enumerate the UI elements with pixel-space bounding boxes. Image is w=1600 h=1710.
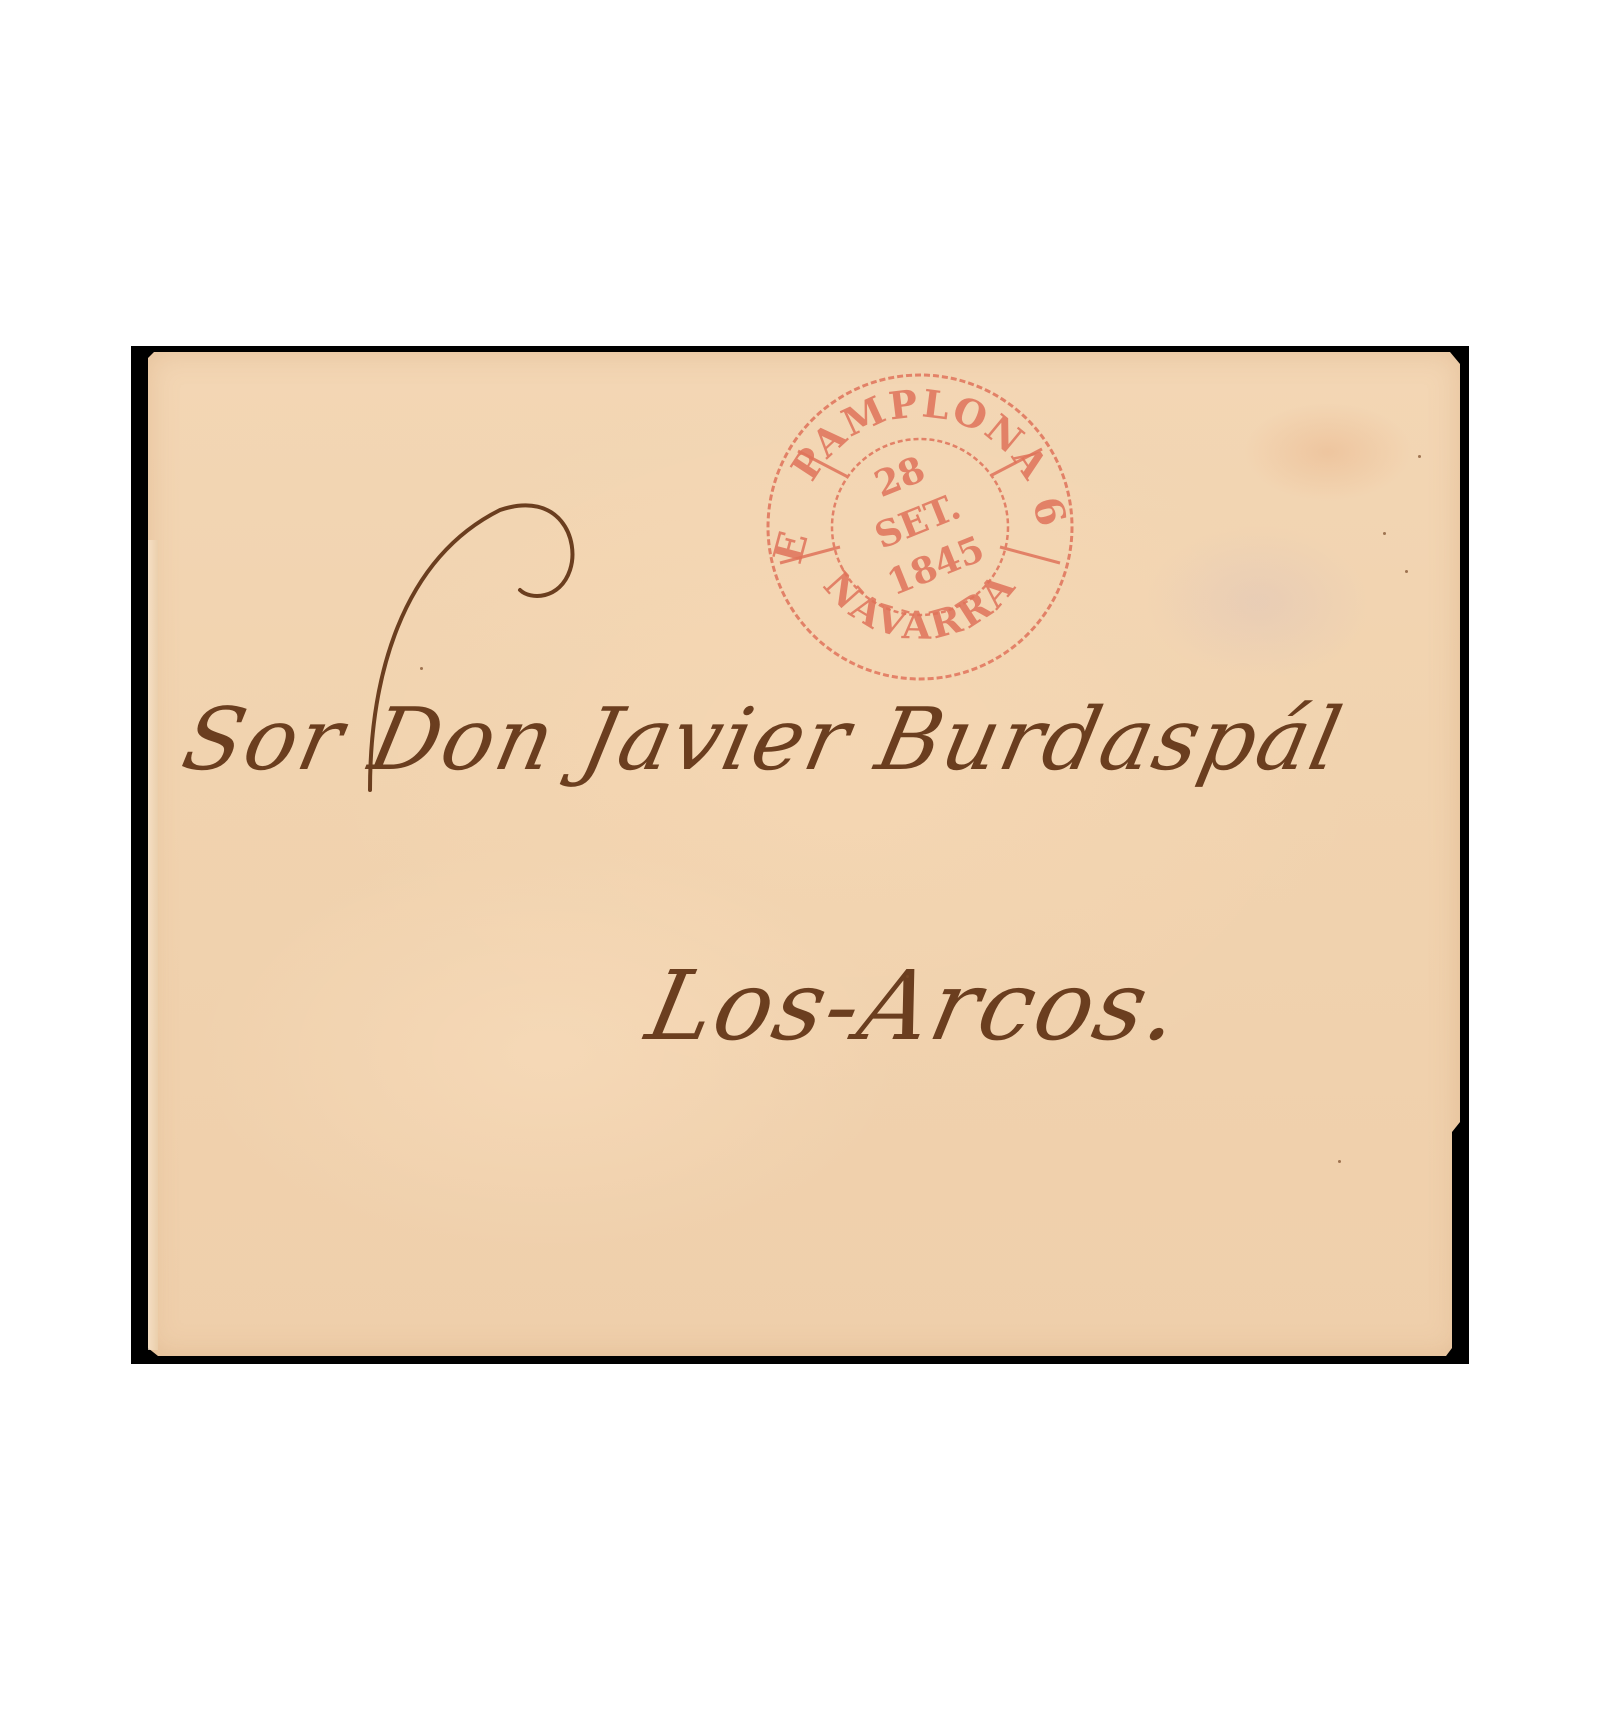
paper-speck [906, 975, 909, 978]
postmark-stamp: PAMPLONA NAVARRA 6 E 28 SET. 1845 [760, 367, 1080, 687]
paper-speck [1338, 1160, 1341, 1163]
paper-fold-edge [148, 540, 158, 1350]
paper-speck [1383, 532, 1386, 535]
addressee-line: Sor Don Javier Burdaspál [174, 690, 1351, 790]
paper-speck [420, 667, 423, 670]
paper-speck [1418, 455, 1421, 458]
destination-line: Los-Arcos. [638, 950, 1192, 1062]
postmark-graphic: PAMPLONA NAVARRA 6 E 28 SET. 1845 [760, 367, 1080, 687]
paper-speck [1405, 570, 1408, 573]
postmark-right-mark: 6 [1023, 492, 1076, 531]
